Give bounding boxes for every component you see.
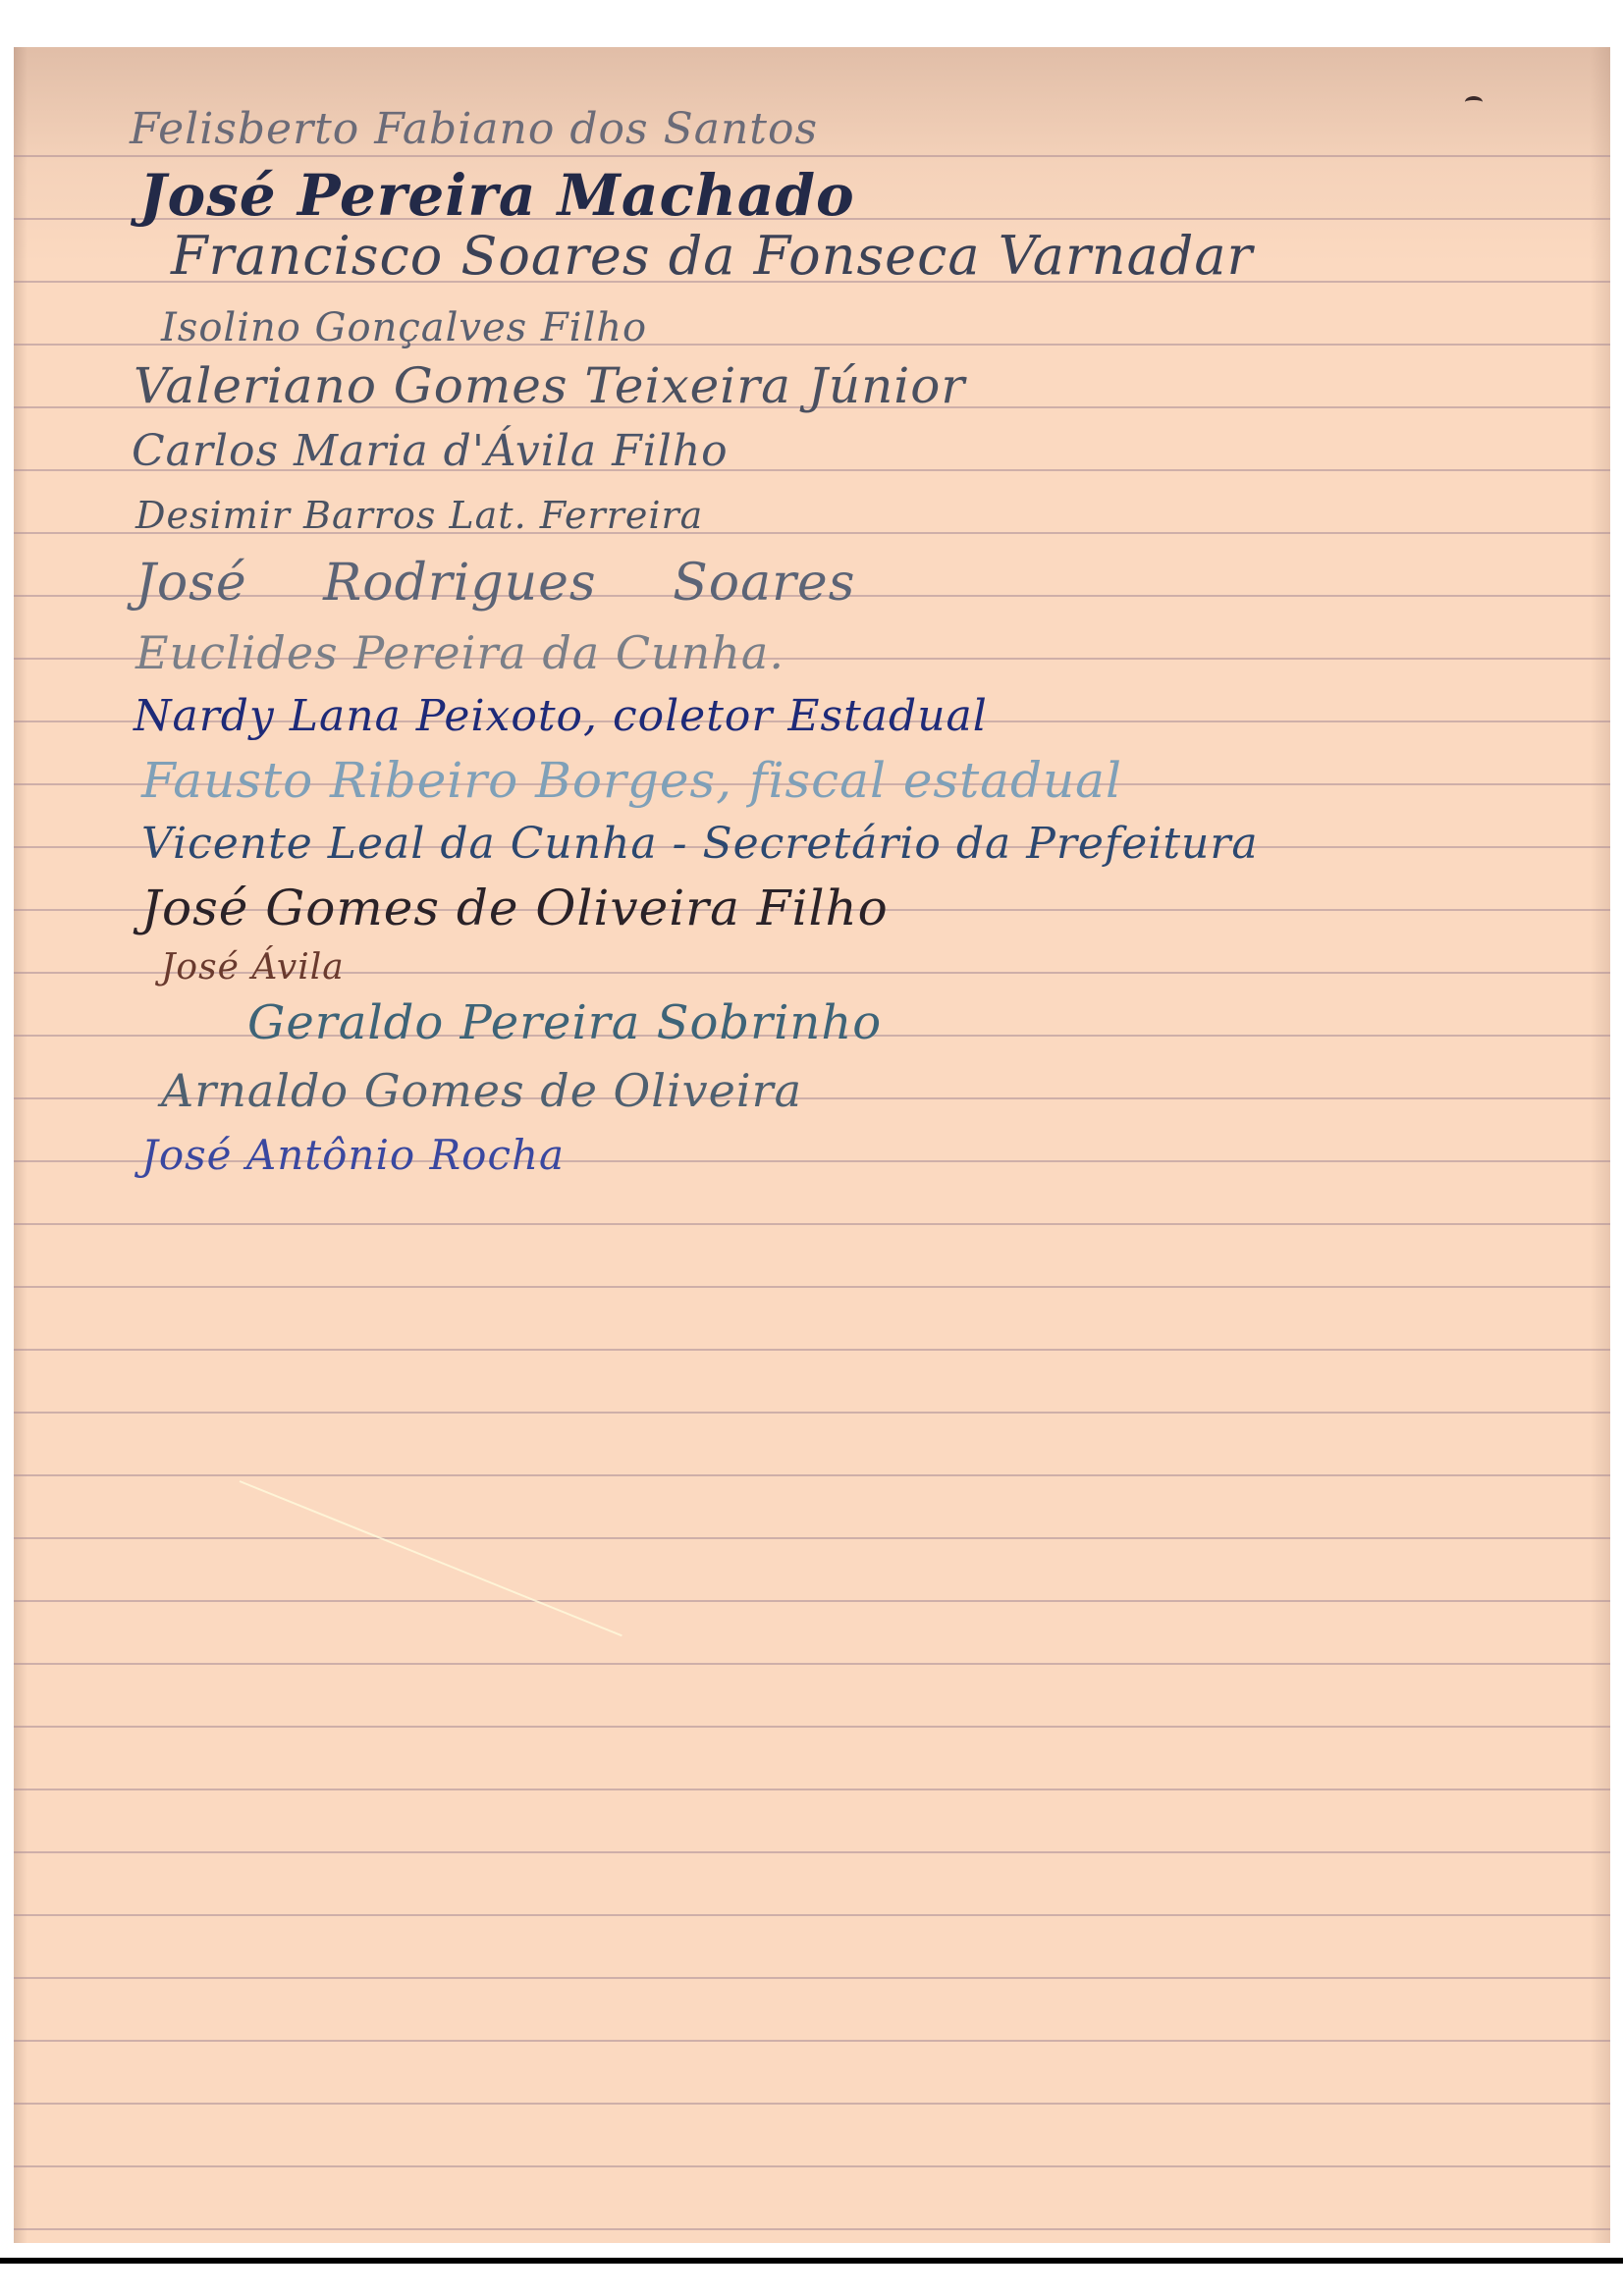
paper-crease <box>240 1480 622 1636</box>
ink-mark <box>1465 96 1483 108</box>
ruled-line <box>14 2103 1610 2105</box>
ruled-line <box>14 1977 1610 1979</box>
ruled-line <box>14 1914 1610 1916</box>
ruled-line <box>14 1600 1610 1602</box>
ruled-line <box>14 1851 1610 1853</box>
ruled-line <box>14 155 1610 157</box>
signature-9: Euclides Pereira da Cunha. <box>135 630 784 675</box>
signature-5: Valeriano Gomes Teixeira Júnior <box>134 361 965 410</box>
ruled-line <box>14 1789 1610 1790</box>
signature-17: José Antônio Rocha <box>141 1135 565 1176</box>
ruled-line <box>14 1286 1610 1288</box>
signature-4: Isolino Gonçalves Filho <box>161 308 647 347</box>
ruled-line <box>14 1223 1610 1225</box>
signature-8: José Rodrigues Soares <box>135 558 855 609</box>
signature-14: José Ávila <box>161 950 345 986</box>
signature-13: José Gomes de Oliveira Filho <box>141 883 889 933</box>
ruled-line <box>14 1474 1610 1476</box>
ruled-line <box>14 2228 1610 2230</box>
signature-1: Felisberto Fabiano dos Santos <box>130 108 818 151</box>
ruled-line <box>14 2165 1610 2167</box>
ruled-line <box>14 1726 1610 1728</box>
signature-11: Fausto Ribeiro Borges, fiscal estadual <box>141 756 1122 805</box>
signature-15: Geraldo Pereira Sobrinho <box>247 999 882 1046</box>
ruled-line <box>14 1412 1610 1414</box>
signature-3: Francisco Soares da Fonseca Varnadar <box>171 230 1253 283</box>
lined-paper-page: Felisberto Fabiano dos Santos José Perei… <box>14 47 1610 2243</box>
signature-7: Desimir Barros Lat. Ferreira <box>135 497 703 534</box>
signature-12: Vicente Leal da Cunha - Secretário da Pr… <box>141 823 1259 866</box>
ruled-line <box>14 2040 1610 2042</box>
signature-6: Carlos Maria d'Ávila Filho <box>132 430 729 473</box>
signature-2: José Pereira Machado <box>139 167 855 224</box>
signature-10: Nardy Lana Peixoto, coletor Estadual <box>134 695 988 738</box>
ruled-line <box>14 1537 1610 1539</box>
signature-16: Arnaldo Gomes de Oliveira <box>161 1068 802 1113</box>
ruled-line <box>14 1349 1610 1351</box>
scan-border-bar <box>0 2258 1623 2264</box>
ruled-line <box>14 1663 1610 1665</box>
